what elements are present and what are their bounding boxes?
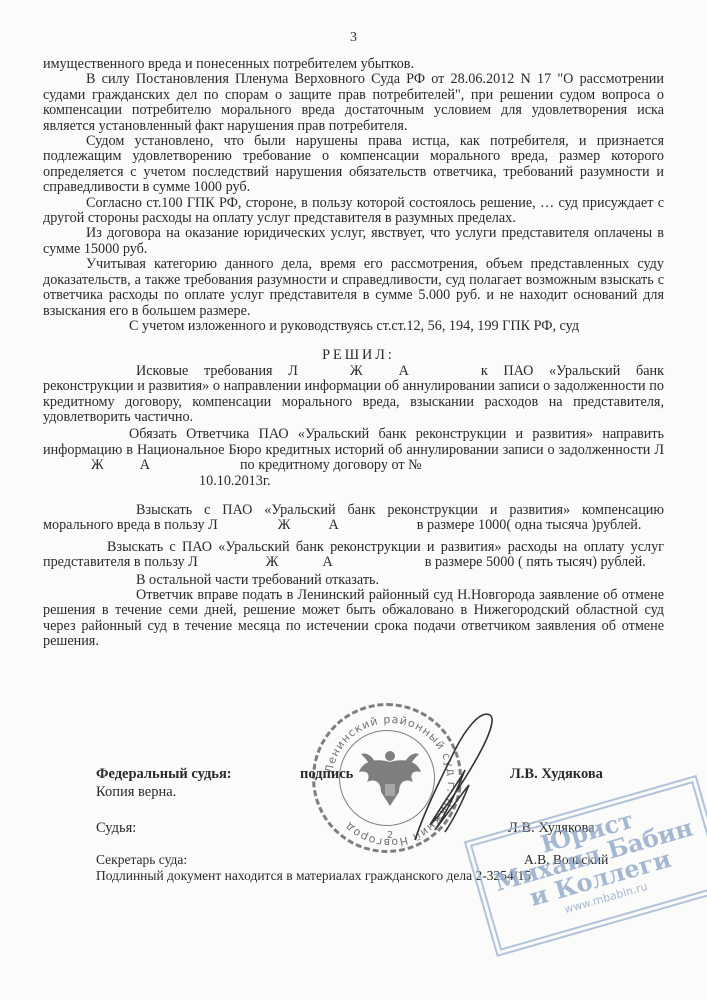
original-document-note: Подлинный документ находится в материала…	[96, 868, 531, 884]
federal-judge-name: Л.В. Худякова	[510, 766, 603, 783]
judge-label: Судья:	[96, 820, 136, 837]
secretary-label: Секретарь суда:	[96, 852, 187, 868]
signature-label: подпись	[300, 766, 353, 783]
copy-certified-label: Копия верна.	[96, 784, 176, 801]
federal-judge-label: Федеральный судья:	[96, 766, 232, 783]
